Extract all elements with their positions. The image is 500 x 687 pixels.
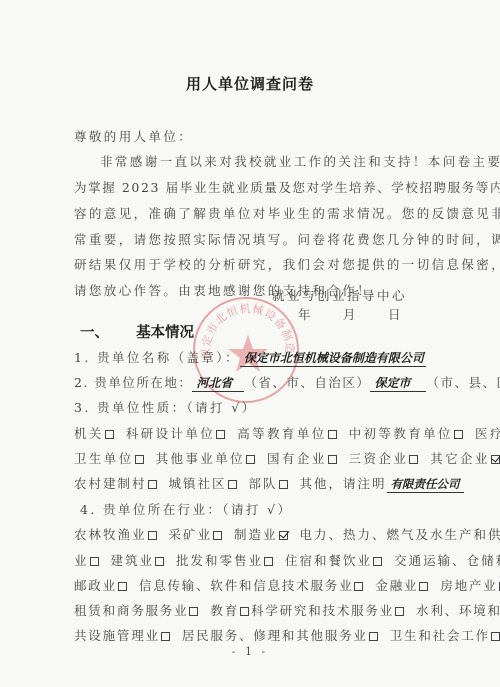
checkbox-wholesale-retail[interactable]: [264, 557, 273, 566]
checkbox-construction[interactable]: [155, 557, 164, 566]
option-label: 部队: [249, 476, 278, 491]
checkbox-urban-community[interactable]: [228, 480, 237, 489]
checkbox-research-design[interactable]: [216, 430, 225, 439]
option-label: 医疗: [475, 426, 500, 441]
q1-company-name: 1. 贵单位名称（盖章）：保定市北恒机械设备制造有限公司: [74, 348, 434, 367]
document-title: 用人单位调查问卷: [0, 73, 500, 94]
checkbox-it-services[interactable]: [354, 582, 363, 591]
option-label: 房地产业: [440, 578, 497, 593]
checkbox-military[interactable]: [279, 480, 288, 489]
checkbox-education[interactable]: [240, 607, 249, 616]
company-name-field[interactable]: 保定市北恒机械设备制造有限公司: [240, 349, 426, 367]
option-label: 教育: [210, 603, 239, 618]
q4-options-row-3: 邮政业信息传输、软件和信息技术服务业金融业房地产业: [74, 576, 434, 594]
option-label: 科学研究和技术服务业: [251, 603, 394, 618]
option-label: 租赁和商务服务业: [74, 603, 188, 618]
province-field[interactable]: 河北省: [192, 374, 244, 392]
q4-options-row-5: 共设施管理业居民服务、修理和其他服务业卫生和社会工作: [74, 626, 434, 644]
option-label: 业: [74, 553, 89, 568]
intro-line-2: 为掌握 2023 届毕业生就业质量及您对学生培养、学校招聘服务等内: [74, 178, 434, 196]
checkbox-mining[interactable]: [213, 531, 222, 540]
checkbox-higher-education[interactable]: [328, 430, 337, 439]
checkbox-primary-secondary-education[interactable]: [454, 430, 463, 439]
q3-options-row-1: 机关科研设计单位高等教育单位中初等教育单位医疗: [74, 424, 434, 442]
section-number: 一、: [80, 325, 109, 341]
checkbox-agriculture[interactable]: [148, 531, 157, 540]
checkbox-health-social-work[interactable]: [491, 632, 500, 641]
section-basic-info-heading: 一、 基本情况: [80, 321, 194, 342]
checkbox-other-public-institution[interactable]: [246, 455, 255, 464]
q4-options-row-2: 业建筑业批发和零售业住宿和餐饮业交通运输、仓储和: [74, 551, 434, 569]
option-label: 金融业: [375, 578, 418, 593]
other-specify-field[interactable]: 有限责任公司: [387, 476, 464, 493]
city-field[interactable]: 保定市: [370, 374, 426, 392]
option-label: 其它企业: [430, 451, 490, 466]
checkbox-public-facilities[interactable]: [161, 632, 170, 641]
page-number: - 1 -: [0, 645, 500, 658]
city-suffix: （市、县、区）: [426, 375, 500, 390]
checkbox-rural-village[interactable]: [148, 480, 157, 489]
q2-location: 2. 贵单位所在地：河北省（省、市、自治区）保定市（市、县、区）: [74, 373, 434, 392]
checkbox-utilities[interactable]: [90, 557, 99, 566]
q4-label: 4. 贵单位所在行业：（请打 √）: [80, 500, 440, 518]
option-label: 卫生和社会工作: [390, 628, 490, 643]
option-label: 批发和零售业: [176, 553, 263, 568]
intro-line-4: 常重要，请您按照实际情况填写。问卷将花费您几分钟的时间，调: [74, 230, 434, 248]
option-label: 农村建制村: [74, 476, 147, 491]
option-label: 共设施管理业: [74, 628, 160, 643]
intro-line-5: 研结果仅用于学校的分析研究，我们会对您提供的一切信息保密，: [74, 255, 434, 273]
checkbox-resident-services[interactable]: [369, 632, 378, 641]
option-label: 机关: [74, 426, 104, 441]
option-label: 三资企业: [349, 451, 409, 466]
option-label: 城镇社区: [169, 476, 227, 491]
option-label: 科研设计单位: [126, 426, 215, 441]
checkbox-transport-postal[interactable]: [118, 582, 127, 591]
option-label: 信息传输、软件和信息技术服务业: [139, 578, 354, 593]
checkbox-scientific-research[interactable]: [395, 607, 404, 616]
section-title: 基本情况: [136, 325, 194, 341]
other-specify-label: 其他，请注明: [300, 476, 387, 491]
intro-line-3: 容的意见，准确了解贵单位对毕业生的需求情况。您的反馈意见非: [74, 204, 434, 222]
option-label: 采矿业: [169, 527, 213, 542]
checkbox-foreign-invested[interactable]: [409, 455, 418, 464]
option-label: 邮政业: [74, 578, 117, 593]
checkbox-hospitality[interactable]: [373, 557, 382, 566]
option-label: 住宿和餐饮业: [285, 553, 372, 568]
option-label: 高等教育单位: [237, 426, 326, 441]
option-label: 电力、热力、燃气及水生产和供应: [300, 527, 500, 542]
q3-label: 3. 贵单位性质：（请打 √）: [74, 398, 434, 416]
option-label: 建筑业: [111, 553, 155, 568]
intro-line-1: 非常感谢一直以来对我校就业工作的关注和支持！本问卷主要: [100, 152, 460, 170]
q4-options-row-4: 租赁和商务服务业教育科学研究和技术服务业水利、环境和公: [74, 601, 434, 619]
checkbox-other-enterprise-checked[interactable]: [491, 455, 500, 464]
checkbox-state-owned[interactable]: [328, 455, 337, 464]
checkbox-finance[interactable]: [419, 582, 428, 591]
q3-options-row-2: 卫生单位其他事业单位国有企业三资企业其它企业: [74, 449, 434, 467]
salutation: 尊敬的用人单位：: [74, 127, 434, 145]
q3-options-row-3: 农村建制村城镇社区部队其他，请注明有限责任公司: [74, 474, 434, 493]
checkbox-medical-health[interactable]: [135, 455, 144, 464]
document-page: 用人单位调查问卷 尊敬的用人单位： 非常感谢一直以来对我校就业工作的关注和支持！…: [0, 0, 500, 687]
option-label: 居民服务、修理和其他服务业: [182, 628, 368, 643]
option-label: 农林牧渔业: [74, 527, 147, 542]
option-label: 交通运输、仓储和: [394, 553, 500, 568]
option-label: 制造业: [234, 527, 278, 542]
option-label: 水利、环境和公: [416, 603, 500, 618]
checkbox-jiguan[interactable]: [105, 430, 114, 439]
province-suffix: （省、市、自治区）: [244, 375, 370, 390]
date-line: 年 月 日: [298, 305, 403, 323]
option-label: 国有企业: [267, 451, 327, 466]
option-label: 中初等教育单位: [349, 426, 453, 441]
q2-label: 2. 贵单位所在地：: [74, 375, 192, 390]
checkbox-manufacturing-checked[interactable]: [279, 531, 288, 540]
option-label: 卫生单位: [74, 451, 134, 466]
q4-options-row-1: 农林牧渔业采矿业制造业电力、热力、燃气及水生产和供应: [74, 525, 434, 543]
q1-label: 1. 贵单位名称（盖章）：: [74, 350, 240, 365]
checkbox-leasing-business[interactable]: [189, 607, 198, 616]
option-label: 其他事业单位: [156, 451, 245, 466]
